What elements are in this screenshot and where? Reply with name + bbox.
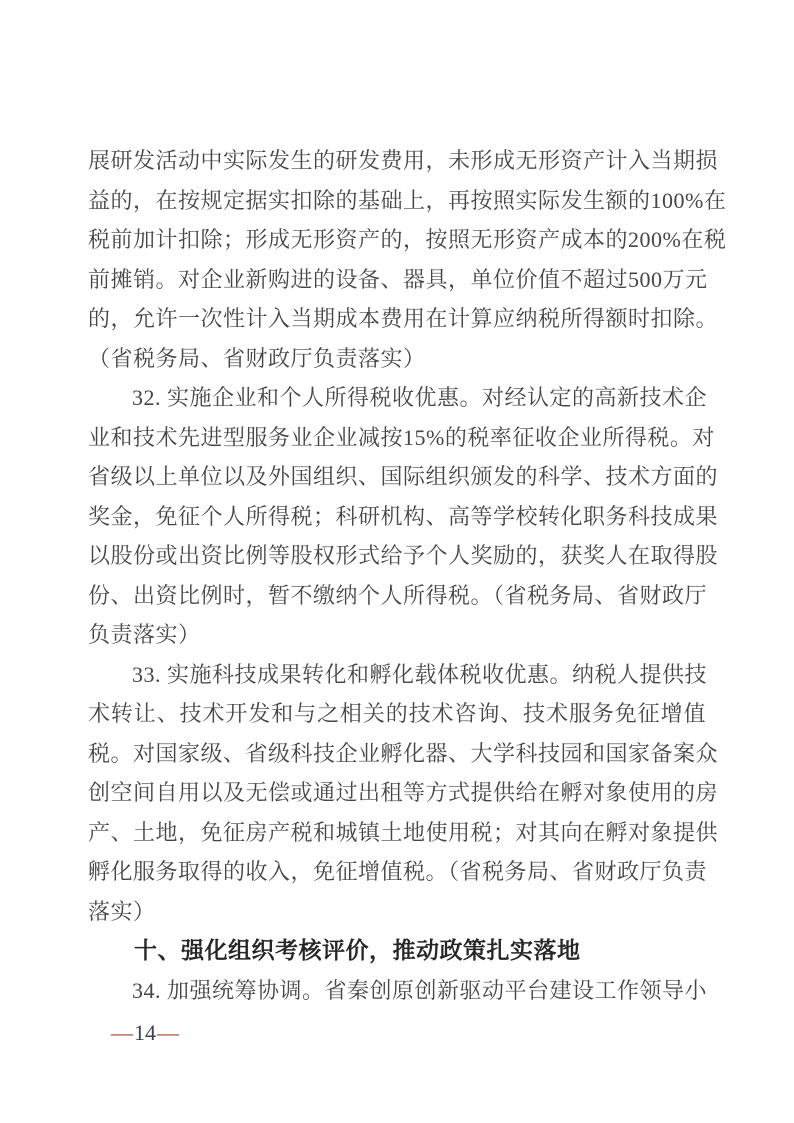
document-page: 展研发活动中实际发生的研发费用，未形成无形资产计入当期损 益的，在按规定据实扣除… [0, 0, 794, 1123]
footer-dash-left: — [111, 1020, 133, 1045]
paragraph-item-33: 33. 实施科技成果转化和孵化载体税收优惠。纳税人提供技 术转让、技术开发和与之… [88, 655, 706, 932]
body-line: 术转让、技术开发和与之相关的技术咨询、技术服务免征增值 [88, 694, 706, 734]
body-line: 的，允许一次性计入当期成本费用在计算应纳税所得额时扣除。 [88, 299, 706, 339]
body-line: （省税务局、省财政厅负责落实） [88, 339, 706, 379]
body-line: 33. 实施科技成果转化和孵化载体税收优惠。纳税人提供技 [88, 655, 706, 695]
page-footer: —14— [111, 1018, 179, 1048]
body-line: 奖金，免征个人所得税；科研机构、高等学校转化职务科技成果 [88, 497, 706, 537]
paragraph-continued: 展研发活动中实际发生的研发费用，未形成无形资产计入当期损 益的，在按规定据实扣除… [88, 141, 706, 378]
body-line: 落实） [88, 892, 706, 932]
body-line: 32. 实施企业和个人所得税收优惠。对经认定的高新技术企 [88, 378, 706, 418]
paragraph-item-32: 32. 实施企业和个人所得税收优惠。对经认定的高新技术企 业和技术先进型服务业企… [88, 378, 706, 655]
footer-dash-right: — [157, 1020, 179, 1045]
text-column: 展研发活动中实际发生的研发费用，未形成无形资产计入当期损 益的，在按规定据实扣除… [88, 141, 706, 1010]
body-line: 益的，在按规定据实扣除的基础上，再按照实际发生额的100%在 [88, 181, 706, 221]
body-line: 省级以上单位以及外国组织、国际组织颁发的科学、技术方面的 [88, 457, 706, 497]
paragraph-item-34: 34. 加强统筹协调。省秦创原创新驱动平台建设工作领导小 [88, 971, 706, 1011]
body-line: 税。对国家级、省级科技企业孵化器、大学科技园和国家备案众 [88, 734, 706, 774]
body-line: 业和技术先进型服务业企业减按15%的税率征收企业所得税。对 [88, 418, 706, 458]
body-line: 负责落实） [88, 615, 706, 655]
body-line: 前摊销。对企业新购进的设备、器具，单位价值不超过500万元 [88, 260, 706, 300]
section-heading: 十、强化组织考核评价，推动政策扎实落地 [88, 931, 706, 971]
body-line: 税前加计扣除；形成无形资产的，按照无形资产成本的200%在税 [88, 220, 706, 260]
body-line: 展研发活动中实际发生的研发费用，未形成无形资产计入当期损 [88, 141, 706, 181]
page-number: 14 [133, 1020, 157, 1045]
body-line: 份、出资比例时，暂不缴纳个人所得税。（省税务局、省财政厅 [88, 576, 706, 616]
body-line: 产、土地，免征房产税和城镇土地使用税；对其向在孵对象提供 [88, 813, 706, 853]
body-line: 以股份或出资比例等股权形式给予个人奖励的，获奖人在取得股 [88, 536, 706, 576]
body-line: 创空间自用以及无偿或通过出租等方式提供给在孵对象使用的房 [88, 773, 706, 813]
body-line: 孵化服务取得的收入，免征增值税。（省税务局、省财政厅负责 [88, 852, 706, 892]
body-line: 34. 加强统筹协调。省秦创原创新驱动平台建设工作领导小 [88, 971, 706, 1011]
